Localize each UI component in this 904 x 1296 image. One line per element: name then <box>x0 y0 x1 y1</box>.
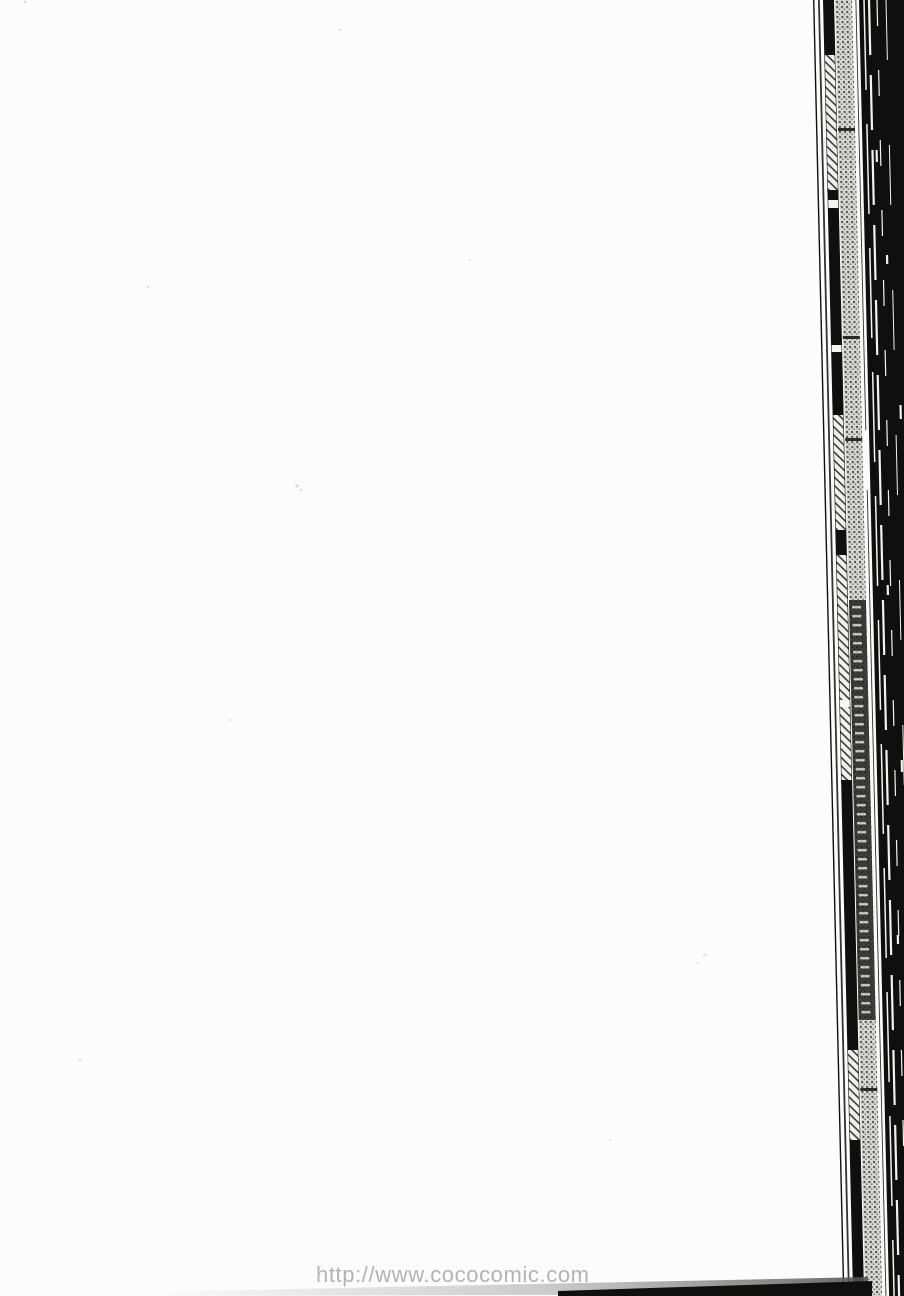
scan-artifacts <box>0 0 904 1296</box>
paper-speckles <box>24 1 707 1141</box>
watermark-url: http://www.cococomic.com <box>316 1262 606 1288</box>
paper-surface: http://www.cococomic.com <box>0 0 904 1296</box>
page-edge-strips <box>813 0 904 1296</box>
